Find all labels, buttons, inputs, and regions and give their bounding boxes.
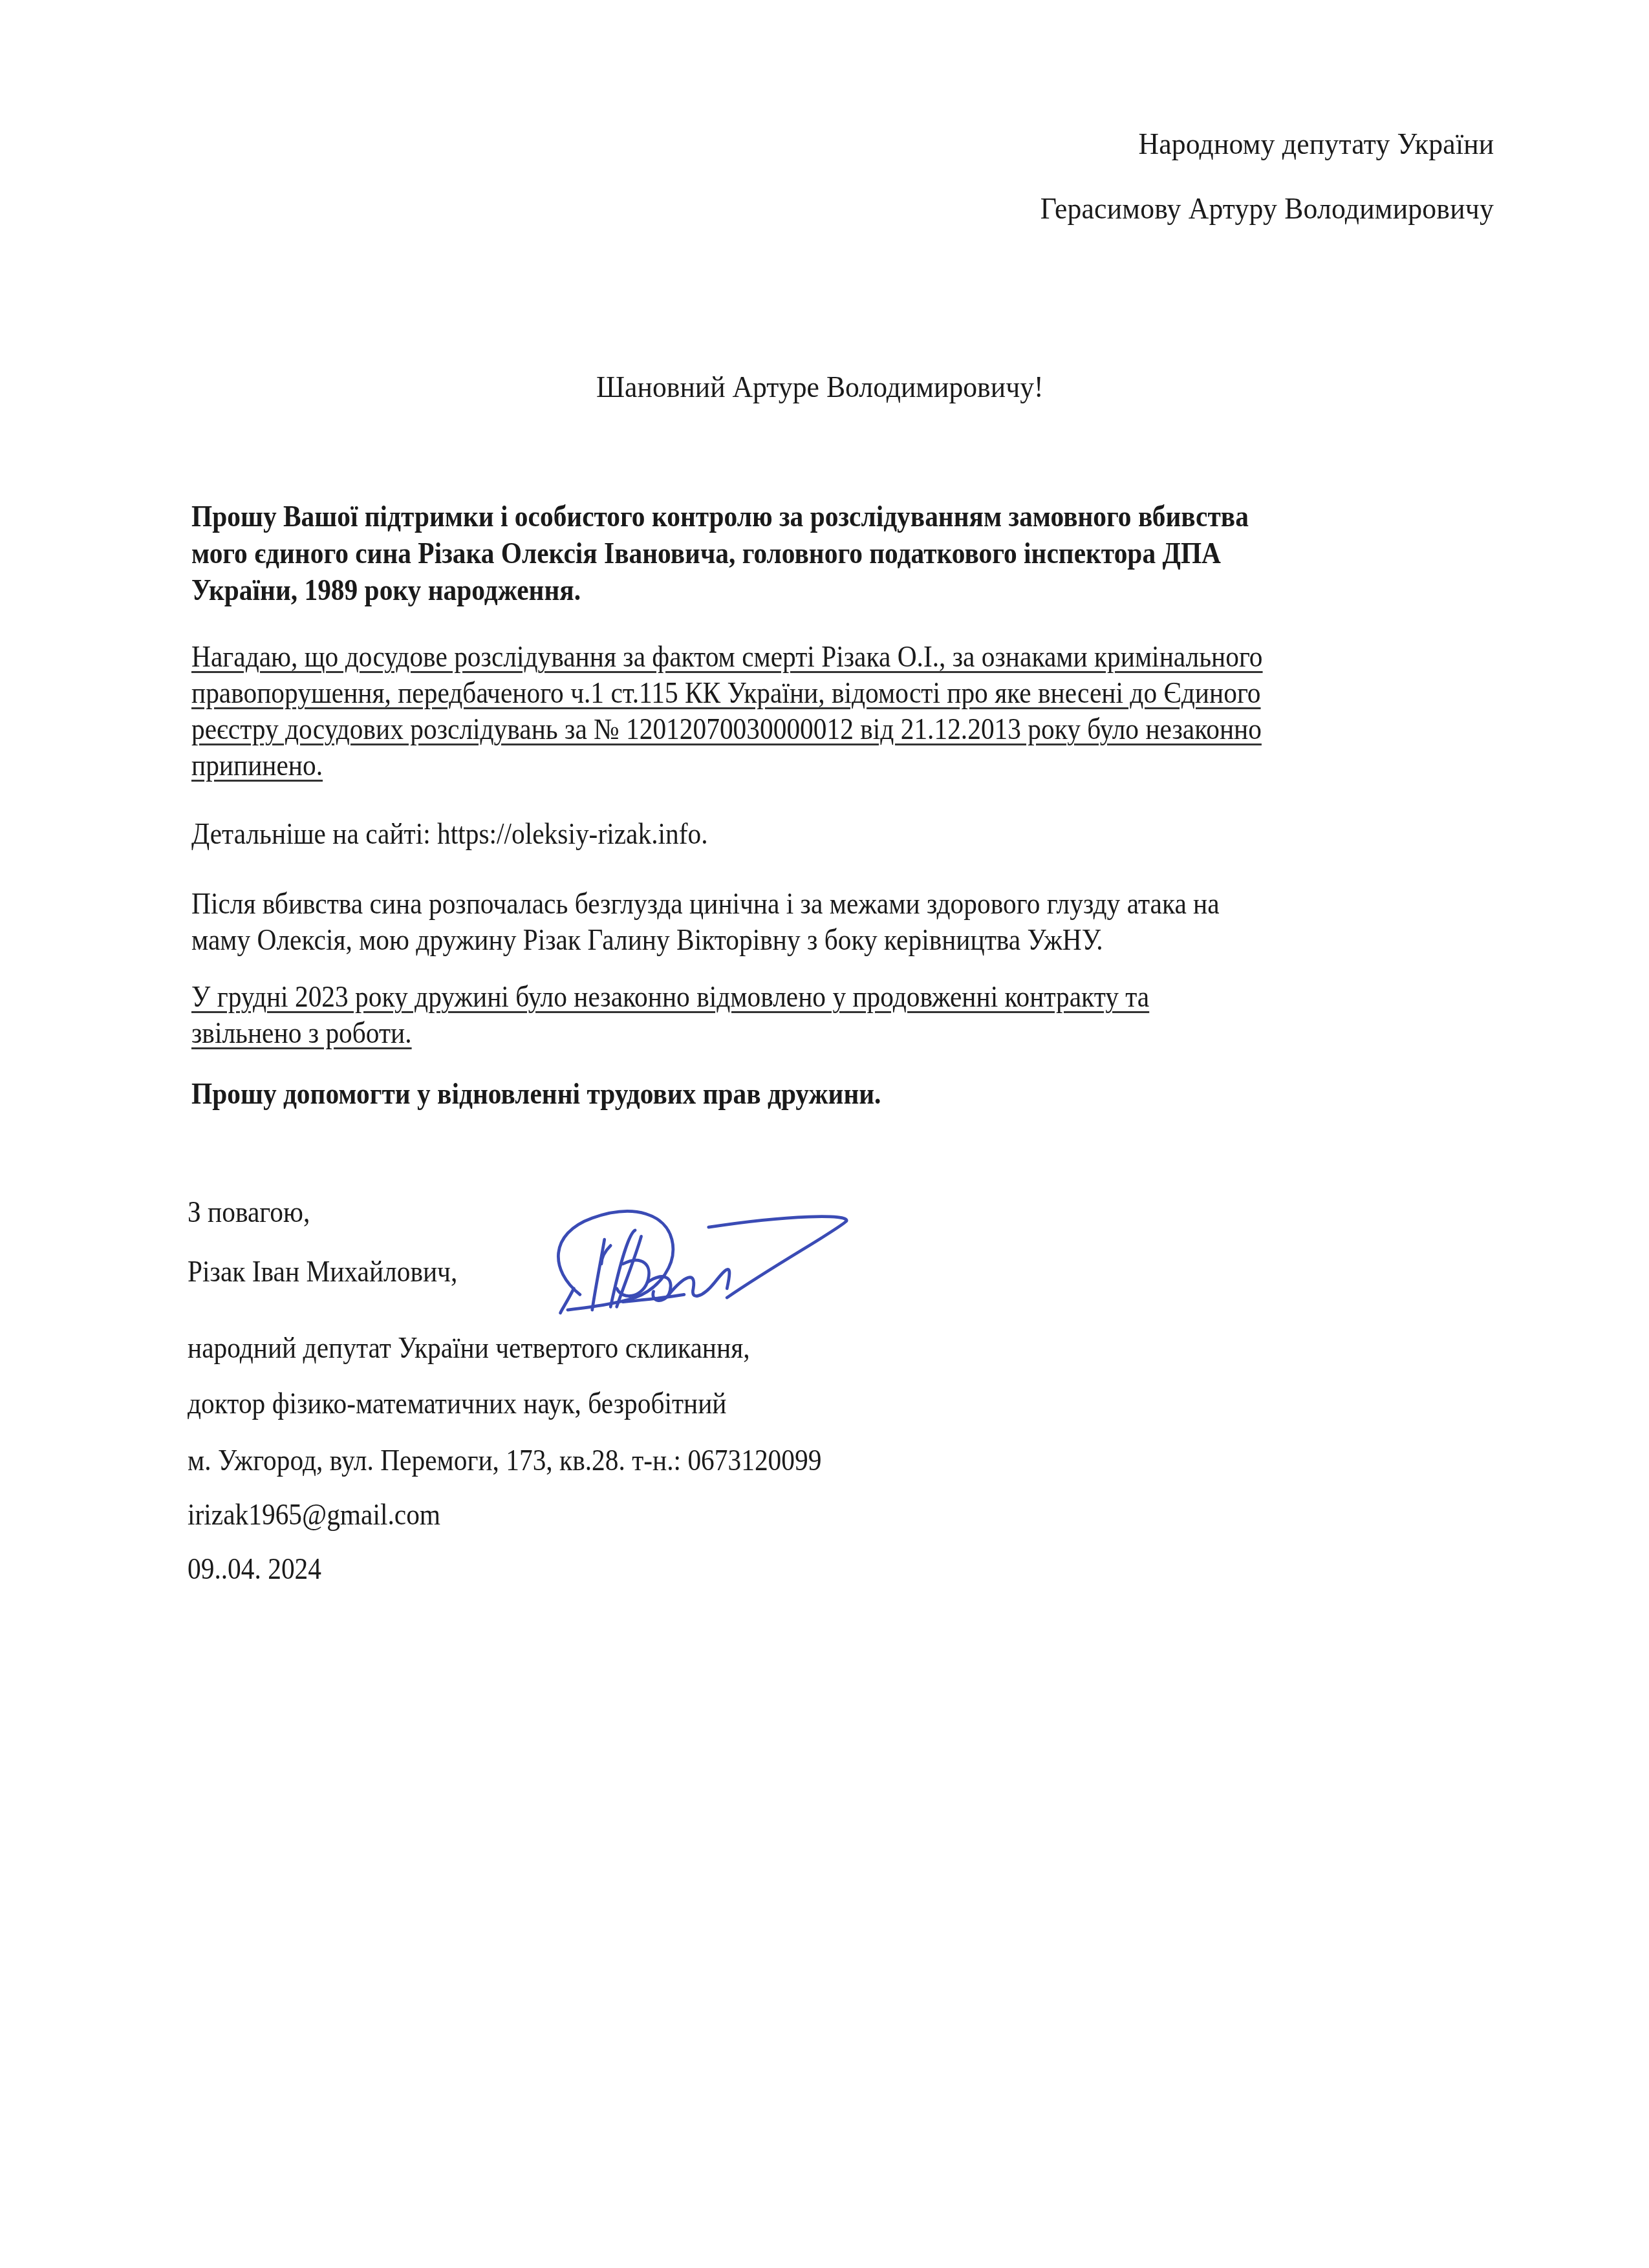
final-request: Прошу допомогти у відновленні трудових п…: [191, 1076, 881, 1112]
signature-icon: [543, 1196, 1009, 1332]
dismissal-line: звільнено з роботи.: [191, 1016, 412, 1049]
signatory-email: irizak1965@gmail.com: [188, 1497, 440, 1532]
signatory-name: Різак Іван Михайлович,: [188, 1254, 457, 1289]
reminder-line: реєстру досудових розслідувань за № 1201…: [191, 712, 1262, 745]
dismissal-line: У грудні 2023 року дружині було незаконн…: [191, 980, 1149, 1013]
attack-line: Після вбивства сина розпочалась безглузд…: [191, 886, 1220, 922]
signatory-title: народний депутат України четвертого скли…: [188, 1331, 750, 1365]
request-line: Прошу Вашої підтримки і особистого контр…: [191, 498, 1249, 535]
reminder-paragraph: Нагадаю, що досудове розслідування за фа…: [191, 639, 1263, 784]
details-paragraph: Детальніше на сайті: https://oleksiy-riz…: [191, 816, 708, 852]
signatory-address: м. Ужгород, вул. Перемоги, 173, кв.28. т…: [188, 1443, 821, 1477]
signatory-degree: доктор фізико-математичних наук, безробі…: [188, 1386, 727, 1420]
closing-regards: З повагою,: [188, 1195, 310, 1229]
attack-line: маму Олексія, мою дружину Різак Галину В…: [191, 922, 1220, 958]
request-paragraph: Прошу Вашої підтримки і особистого контр…: [191, 498, 1249, 608]
salutation: Шановний Артуре Володимировичу!: [596, 370, 1044, 405]
addressee-line-2: Герасимову Артуру Володимировичу: [1040, 191, 1494, 226]
letter-date: 09..04. 2024: [188, 1552, 321, 1586]
reminder-line: правопорушення, передбаченого ч.1 ст.115…: [191, 676, 1261, 709]
addressee-line-1: Народному депутату України: [1138, 127, 1494, 162]
request-line: мого єдиного сина Різака Олексія Іванови…: [191, 535, 1249, 572]
dismissal-paragraph: У грудні 2023 року дружині було незаконн…: [191, 979, 1149, 1051]
reminder-line: Нагадаю, що досудове розслідування за фа…: [191, 640, 1263, 673]
attack-paragraph: Після вбивства сина розпочалась безглузд…: [191, 886, 1220, 958]
reminder-line: припинено.: [191, 749, 323, 782]
request-line: України, 1989 року народження.: [191, 572, 1249, 608]
